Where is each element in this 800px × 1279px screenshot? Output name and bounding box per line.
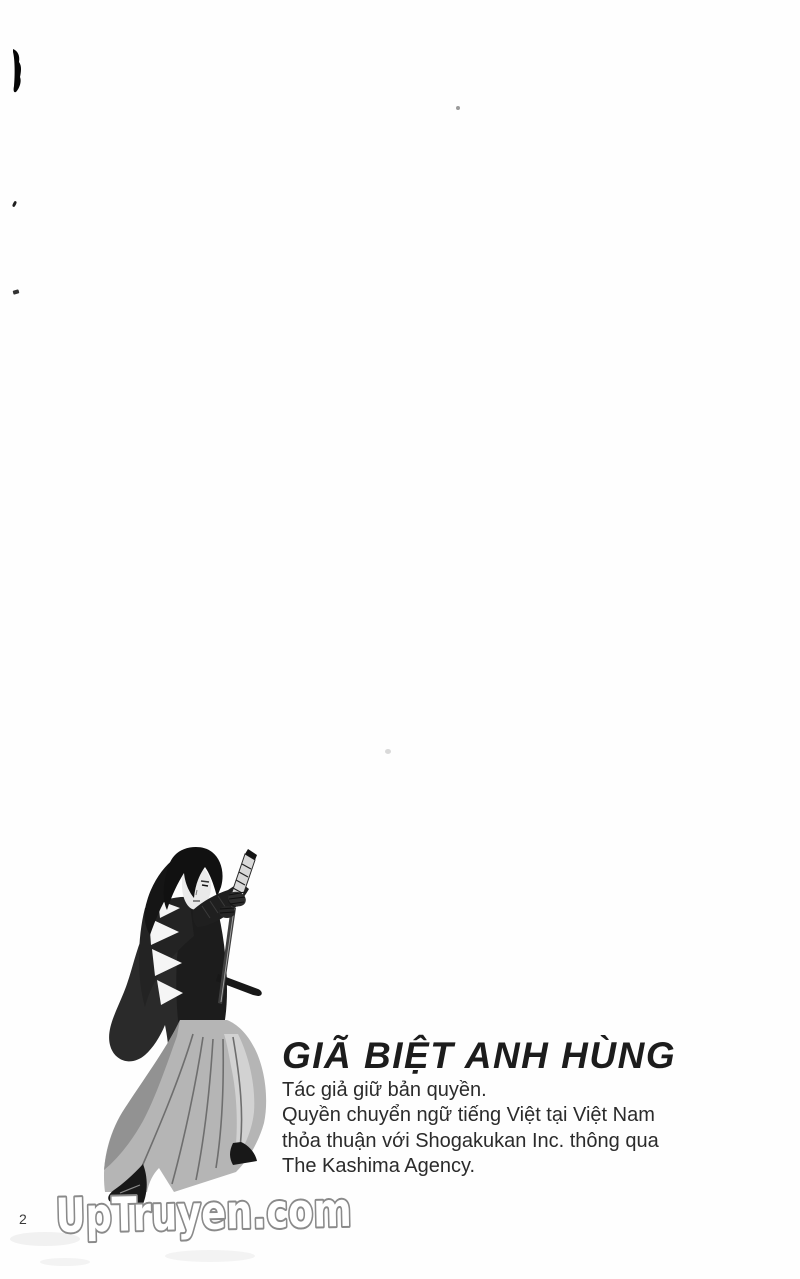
copyright-notice: Tác giả giữ bản quyền. Quyền chuyển ngữ … [282, 1078, 722, 1180]
scan-speck [385, 749, 391, 754]
uptruyen-watermark: UpTruyen.com [46, 1184, 366, 1254]
ink-smudge-artifact [12, 46, 24, 96]
page-number: 2 [19, 1211, 27, 1227]
colophon-block: GIÃ BIỆT ANH HÙNG Tác giả giữ bản quyền.… [282, 1036, 722, 1180]
scan-speck [456, 106, 460, 110]
katana [218, 849, 257, 1004]
scan-speck [12, 201, 17, 208]
watermark-text: UpTruyen.com [55, 1184, 352, 1244]
copyright-line: Quyền chuyển ngữ tiếng Việt tại Việt Nam [282, 1103, 722, 1128]
samurai-illustration [90, 840, 300, 1210]
copyright-line: Tác giả giữ bản quyền. [282, 1078, 722, 1103]
scan-speck [13, 289, 20, 294]
scanned-manga-page: GIÃ BIỆT ANH HÙNG Tác giả giữ bản quyền.… [0, 0, 800, 1279]
copyright-line: The Kashima Agency. [282, 1154, 722, 1179]
scan-smudge [40, 1258, 90, 1266]
copyright-line: thỏa thuận với Shogakukan Inc. thông qua [282, 1129, 722, 1154]
series-title: GIÃ BIỆT ANH HÙNG [282, 1036, 722, 1076]
